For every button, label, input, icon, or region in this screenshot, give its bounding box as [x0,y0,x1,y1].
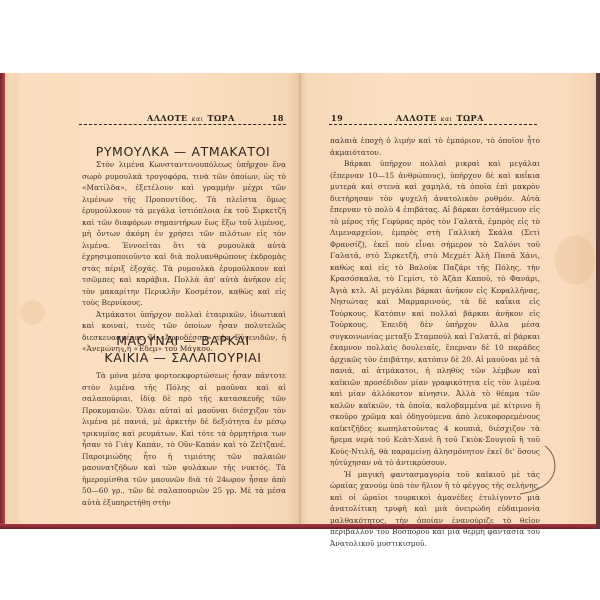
page-number: 19 [331,113,343,123]
left-running-head: ΑΛΛΟΤΕκαιΤΩΡΑ 18 [79,113,286,125]
section-heading: ΚΑΪΚΙΑ — ΣΑΛΑΠΟΥΡΙΑΙ [80,350,286,365]
paper-stain [20,300,45,325]
section-text: Στὸν λιμένα Κωνσταντινουπόλεως ὑπῆρχον ἕ… [82,159,286,355]
paragraph: Τὰ μόνα μέσα φορτοεκφορτώσεως ἦσαν πάντο… [82,370,286,508]
page-number: 18 [272,113,284,123]
paper-stain [555,235,595,285]
paragraph: Στὸν λιμένα Κωνσταντινουπόλεως ὑπῆρχον ἕ… [82,159,286,309]
header-rule [329,124,537,125]
pencil-mark-icon [500,440,560,500]
section-heading: ΡΥΜΟΥΛΚΑ — ΑΤΜΑΚΑΤΟΙ [80,144,286,159]
paragraph: Βάρκαι ὑπῆρχον πολλαὶ μικραὶ καὶ μεγάλαι… [330,158,540,469]
right-page-edge [596,73,600,529]
header-rule [79,124,286,125]
right-running-head: 19 ΑΛΛΟΤΕκαιΤΩΡΑ [329,113,537,125]
section-heading: ΜΑΟΥΝΑΙ — ΒΑΡΚΑΙ [80,333,286,348]
running-title: ΑΛΛΟΤΕκαιΤΩΡΑ [147,113,235,123]
paragraph: παλαιὰ ἐποχὴ ὁ λιμὴν καὶ τὸ ἐμπόριον, τὸ… [330,135,540,158]
running-title: ΑΛΛΟΤΕκαιΤΩΡΑ [396,113,484,123]
section-text: Τὰ μόνα μέσα φορτοεκφορτώσεως ἦσαν πάντο… [82,370,286,508]
book-gutter [299,73,301,524]
